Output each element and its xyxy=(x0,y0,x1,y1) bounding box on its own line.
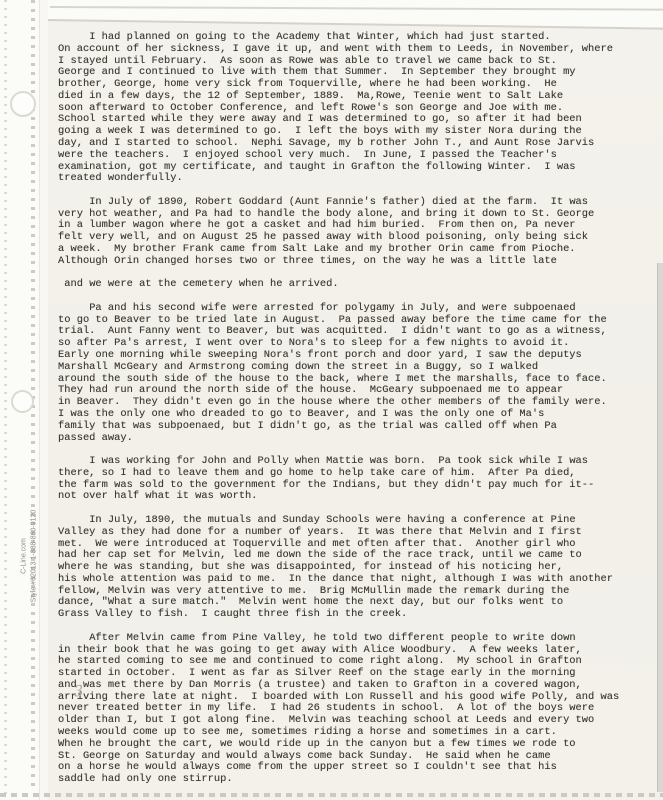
protector-left-perforation xyxy=(4,0,7,800)
sheet-protector-scan: C-Line.com Style #62013 1-888-860-9120 I… xyxy=(0,0,663,800)
protector-brand-label: C-Line.com Style #62013 1-888-860-9120 xyxy=(20,510,39,603)
typed-text-block: I had planned on going to the Academy th… xyxy=(58,32,654,786)
paragraph: In July of 1890, Robert Goddard (Aunt Fa… xyxy=(58,197,654,268)
binder-hole xyxy=(10,91,36,117)
paragraph: I was working for John and Polly when Ma… xyxy=(58,456,654,503)
protector-bottom-seam xyxy=(0,793,663,797)
paragraph: I had planned on going to the Academy th… xyxy=(58,32,654,185)
paper-right-edge-shadow xyxy=(657,263,663,792)
protector-top-edge xyxy=(50,6,663,11)
protector-binding-edge xyxy=(39,0,48,800)
brand-text: C-Line.com xyxy=(20,510,30,603)
paragraph: Pa and his second wife were arrested for… xyxy=(58,303,654,444)
paragraph: After Melvin came from Pine Valley, he t… xyxy=(58,633,654,786)
style-text: Style #62013 1-888-860-9120 xyxy=(29,510,39,603)
paragraph: In July, 1890, the mutuals and Sunday Sc… xyxy=(58,515,654,621)
paragraph: and we were at the cemetery when he arri… xyxy=(58,279,654,291)
page-number-annotation: 3 xyxy=(73,682,84,701)
binder-hole xyxy=(11,390,34,413)
